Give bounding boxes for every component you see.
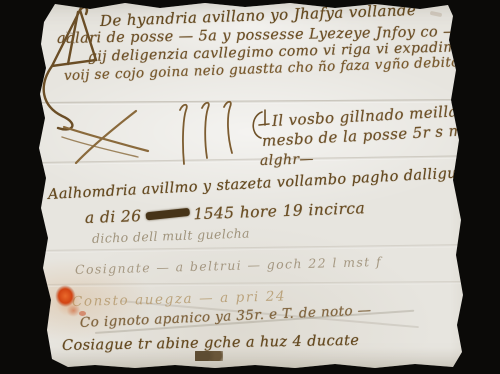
handwritten-line: Cosignate — a beltrui — goch 22 l mst f xyxy=(75,254,382,277)
cross-mark-icon xyxy=(58,105,153,167)
strikeout-blot-icon xyxy=(145,208,190,221)
date-line: a di 261545 hore 19 incirca xyxy=(85,199,366,227)
pencil-mark-icon xyxy=(470,329,486,335)
tally-marks-icon xyxy=(172,98,250,168)
photo-backdrop: De hyandria avillano yo Jhafya vollande … xyxy=(0,0,500,374)
manuscript-paper: De hyandria avillano yo Jhafya vollande … xyxy=(0,0,500,374)
pencil-mark-icon xyxy=(472,341,488,347)
handwritten-line: dicho dell mult guelcha xyxy=(92,225,250,246)
fold-crease xyxy=(38,281,462,287)
date-line-suffix: 1545 hore 19 incirca xyxy=(193,199,365,223)
wax-seal-fragment-icon xyxy=(79,311,86,316)
date-line-prefix: a di 26 xyxy=(85,207,142,227)
handwritten-line: alghr— xyxy=(260,151,314,169)
handwritten-line: Aalhomdria avillmo y stazeta vollambo pa… xyxy=(48,164,496,203)
pencil-mark-icon xyxy=(430,11,443,17)
ink-blot-icon xyxy=(195,351,223,361)
pencil-mark-icon xyxy=(471,353,487,359)
wax-seal-icon xyxy=(47,279,88,326)
